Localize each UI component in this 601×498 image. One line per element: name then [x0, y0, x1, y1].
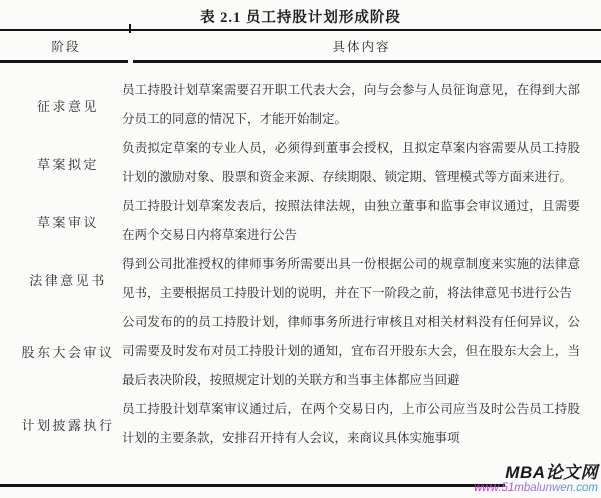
table-row: 计划披露执行 员工持股计划草案审议通过后，在两个交易日内，上市公司应当及时公告员… — [0, 395, 601, 453]
content-cell: 公司发布的的员工持股计划，律师事务所进行审核且对相关材料没有任何异议，公司需要及… — [122, 308, 601, 395]
table-row: 草案审议 员工持股计划草案发表后，按照法律法规，由独立董事和监事会审议通过，且需… — [0, 192, 601, 250]
stage-label: 草案拟定 — [37, 154, 99, 173]
content-cell: 负责拟定草案的专业人员，必须得到董事会授权，且拟定草案内容需要从员工持股计划的激… — [122, 134, 601, 192]
table-body: 征求意见 员工持股计划草案需要召开职工代表大会，向与会参与人员征询意见，在得到大… — [0, 63, 601, 453]
table-row: 股东大会审议 公司发布的的员工持股计划，律师事务所进行审核且对相关材料没有任何异… — [0, 308, 601, 395]
table-title: 表 2.1 员工持股计划形成阶段 — [0, 6, 601, 27]
table-row: 征求意见 员工持股计划草案需要召开职工代表大会，向与会参与人员征询意见，在得到大… — [0, 76, 601, 134]
stage-cell: 征求意见 — [0, 76, 122, 134]
content-cell: 员工持股计划草案审议通过后，在两个交易日内，上市公司应当及时公告员工持股计划的主… — [122, 395, 601, 453]
table-bottom-rule — [0, 484, 505, 487]
stage-label: 草案审议 — [37, 212, 99, 231]
table-row: 草案拟定 负责拟定草案的专业人员，必须得到董事会授权，且拟定草案内容需要从员工持… — [0, 134, 601, 192]
column-header-content: 具体内容 — [122, 37, 601, 55]
column-header-stage: 阶段 — [0, 37, 122, 55]
stage-cell: 法律意见书 — [0, 250, 122, 308]
stage-label: 法律意见书 — [29, 270, 107, 289]
watermark-site-url: www.51mbalunwen.com — [474, 482, 598, 494]
stage-cell: 计划披露执行 — [0, 395, 122, 453]
table-header-row: 阶段 具体内容 — [0, 31, 601, 60]
content-cell: 员工持股计划草案发表后，按照法律法规，由独立董事和监事会审议通过，且需要在两个交… — [122, 192, 601, 250]
stage-label: 股东大会审议 — [21, 342, 114, 361]
document-page: 表 2.1 员工持股计划形成阶段 阶段 具体内容 征求意见 员工持股计划草案需要… — [0, 0, 601, 498]
content-cell: 员工持股计划草案需要召开职工代表大会，向与会参与人员征询意见，在得到大部分员工的… — [122, 76, 601, 134]
stage-label: 计划披露执行 — [21, 415, 114, 434]
watermark: MBA论文网 www.51mbalunwen.com — [474, 464, 598, 494]
stage-cell: 股东大会审议 — [0, 308, 122, 395]
content-cell: 得到公司批准授权的律师事务所需要出具一份根据公司的规章制度来实施的法律意见书，主… — [122, 250, 601, 308]
stage-label: 征求意见 — [37, 96, 99, 115]
table-row: 法律意见书 得到公司批准授权的律师事务所需要出具一份根据公司的规章制度来实施的法… — [0, 250, 601, 308]
stage-cell: 草案审议 — [0, 192, 122, 250]
stage-cell: 草案拟定 — [0, 134, 122, 192]
watermark-site-name: MBA论文网 — [474, 464, 598, 482]
